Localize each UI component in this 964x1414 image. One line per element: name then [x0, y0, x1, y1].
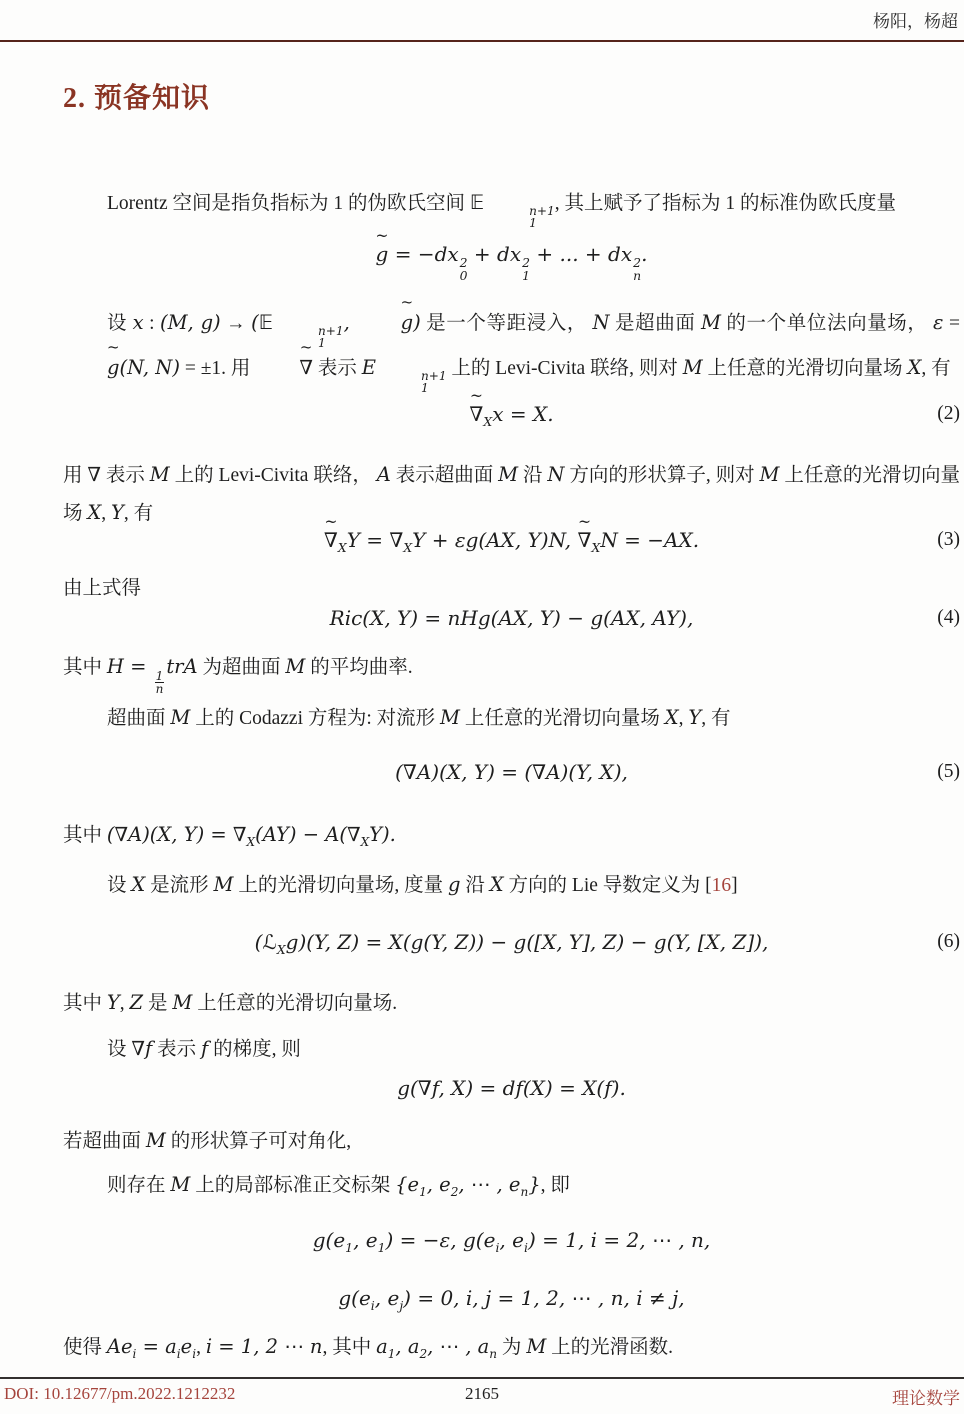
page-number: 2165 — [4, 1384, 960, 1404]
paragraph: 其中 Y, Z 是 M 上任意的光滑切向量场. — [63, 984, 960, 1022]
paragraph: 其中 (∇A)(X, Y) = ∇X(AY) − A(∇XY). — [63, 816, 960, 861]
formula-body: (∇A)(X, Y) = (∇A)(Y, X), — [395, 762, 628, 784]
page-footer: DOI: 10.12677/pm.2022.1212232 2165 理论数学 — [4, 1384, 960, 1410]
equation-number: (3) — [937, 524, 960, 556]
journal-name: 理论数学 — [892, 1384, 960, 1409]
formula-body: Ric(X, Y) = nHg(AX, Y) − g(AX, AY), — [330, 608, 694, 630]
formula: g(e1, e1) = −ε, g(ei, ei) = 1, i = 2, ⋯ … — [63, 1224, 960, 1264]
paragraph: 用 ∇ 表示 M 上的 Levi-Civita 联络， A 表示超曲面 M 沿 … — [63, 456, 960, 532]
equation-number: (6) — [937, 926, 960, 958]
formula: (ℒXg)(Y, Z) = X(g(Y, Z)) − g([X, Y], Z) … — [63, 926, 960, 966]
paragraph: 设 x : (M, g) → (𝔼n+11, g~) 是一个等距浸入， N 是超… — [63, 304, 960, 394]
formula: (∇A)(X, Y) = (∇A)(Y, X),(5) — [63, 756, 960, 789]
formula-body: (ℒXg)(Y, Z) = X(g(Y, Z)) − g([X, Y], Z) … — [255, 932, 769, 954]
formula: g(∇f, X) = df(X) = X(f). — [63, 1072, 960, 1105]
citation-ref[interactable]: 16 — [712, 875, 732, 896]
formula-body: g(e1, e1) = −ε, g(ei, ei) = 1, i = 2, ⋯ … — [313, 1230, 711, 1252]
paragraph: 设 X 是流形 M 上的光滑切向量场, 度量 g 沿 X 方向的 Lie 导数定… — [63, 866, 960, 904]
footer-rule — [0, 1377, 964, 1379]
formula-body: ∇~XY = ∇XY + εg(AX, Y)N, ∇~XN = −AX. — [324, 530, 699, 552]
paragraph: 使得 Aei = aiei, i = 1, 2 ⋯ n, 其中 a1, a2, … — [63, 1328, 960, 1373]
formula: g(ei, ej) = 0, i, j = 1, 2, ⋯ , n, i ≠ j… — [63, 1282, 960, 1322]
equation-number: (2) — [937, 398, 960, 430]
formula-body: g~ = −dx20 + dx21 + ... + dx2n. — [376, 244, 648, 266]
paragraph: Lorentz 空间是指负指标为 1 的伪欧氏空间 𝔼n+11, 其上赋予了指标… — [63, 184, 960, 229]
paragraph: 若超曲面 M 的形状算子可对角化, — [63, 1122, 960, 1160]
paragraph: 其中 H = 1ntrA 为超曲面 M 的平均曲率. — [63, 648, 960, 696]
paragraph: 则存在 M 上的局部标准正交标架 {e1, e2, ⋯ , en}, 即 — [63, 1166, 960, 1211]
formula-body: g(ei, ej) = 0, i, j = 1, 2, ⋯ , n, i ≠ j… — [338, 1288, 684, 1310]
paragraph: 超曲面 M 上的 Codazzi 方程为: 对流形 M 上任意的光滑切向量场 X… — [63, 699, 960, 737]
page: 杨阳，杨超 2. 预备知识 Lorentz 空间是指负指标为 1 的伪欧氏空间 … — [0, 0, 964, 1414]
paragraph: 设 ∇f 表示 f 的梯度, 则 — [63, 1030, 960, 1068]
formula: Ric(X, Y) = nHg(AX, Y) − g(AX, AY),(4) — [63, 602, 960, 635]
formula-body: ∇~Xx = X. — [469, 404, 553, 426]
formula: ∇~Xx = X.(2) — [63, 398, 960, 438]
formula: g~ = −dx20 + dx21 + ... + dx2n. — [63, 238, 960, 282]
content: Lorentz 空间是指负指标为 1 的伪欧氏空间 𝔼n+11, 其上赋予了指标… — [63, 0, 960, 1414]
formula: ∇~XY = ∇XY + εg(AX, Y)N, ∇~XN = −AX.(3) — [63, 524, 960, 564]
equation-number: (4) — [937, 602, 960, 634]
formula-body: g(∇f, X) = df(X) = X(f). — [397, 1078, 626, 1100]
equation-number: (5) — [937, 756, 960, 788]
